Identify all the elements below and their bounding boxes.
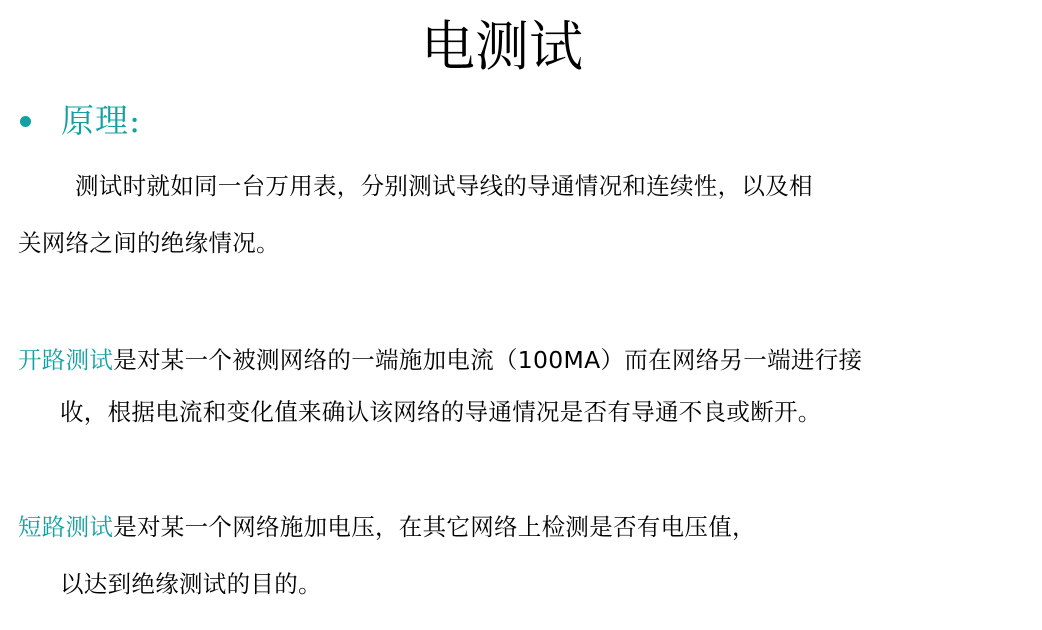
short-circuit-term: 短路测试: [18, 513, 113, 541]
open-circuit-line-2: 收，根据电流和变化值来确认该网络的导通情况是否有导通不良或断开。: [60, 396, 822, 428]
open-circuit-term: 开路测试: [18, 346, 113, 374]
principle-line-2: 关网络之间的绝缘情况。: [18, 227, 280, 259]
principle-line-1: 测试时就如同一台万用表，分别测试导线的导通情况和连续性，以及相: [75, 170, 813, 202]
open-circuit-line-1: 开路测试是对某一个被测网络的一端施加电流（100MA）而在网络另一端进行接: [18, 344, 862, 376]
short-circuit-description: 是对某一个网络施加电压，在其它网络上检测是否有电压值，: [113, 513, 756, 541]
slide-title: 电测试: [0, 14, 1004, 80]
principle-heading: 原理:: [61, 98, 141, 144]
short-circuit-line-1: 短路测试是对某一个网络施加电压，在其它网络上检测是否有电压值，: [18, 511, 756, 543]
principle-heading-row: 原理:: [18, 98, 141, 144]
short-circuit-line-2: 以达到绝缘测试的目的。: [60, 568, 322, 600]
bullet-dot-icon: [20, 116, 31, 127]
open-circuit-description: 是对某一个被测网络的一端施加电流（100MA）而在网络另一端进行接: [113, 346, 862, 374]
